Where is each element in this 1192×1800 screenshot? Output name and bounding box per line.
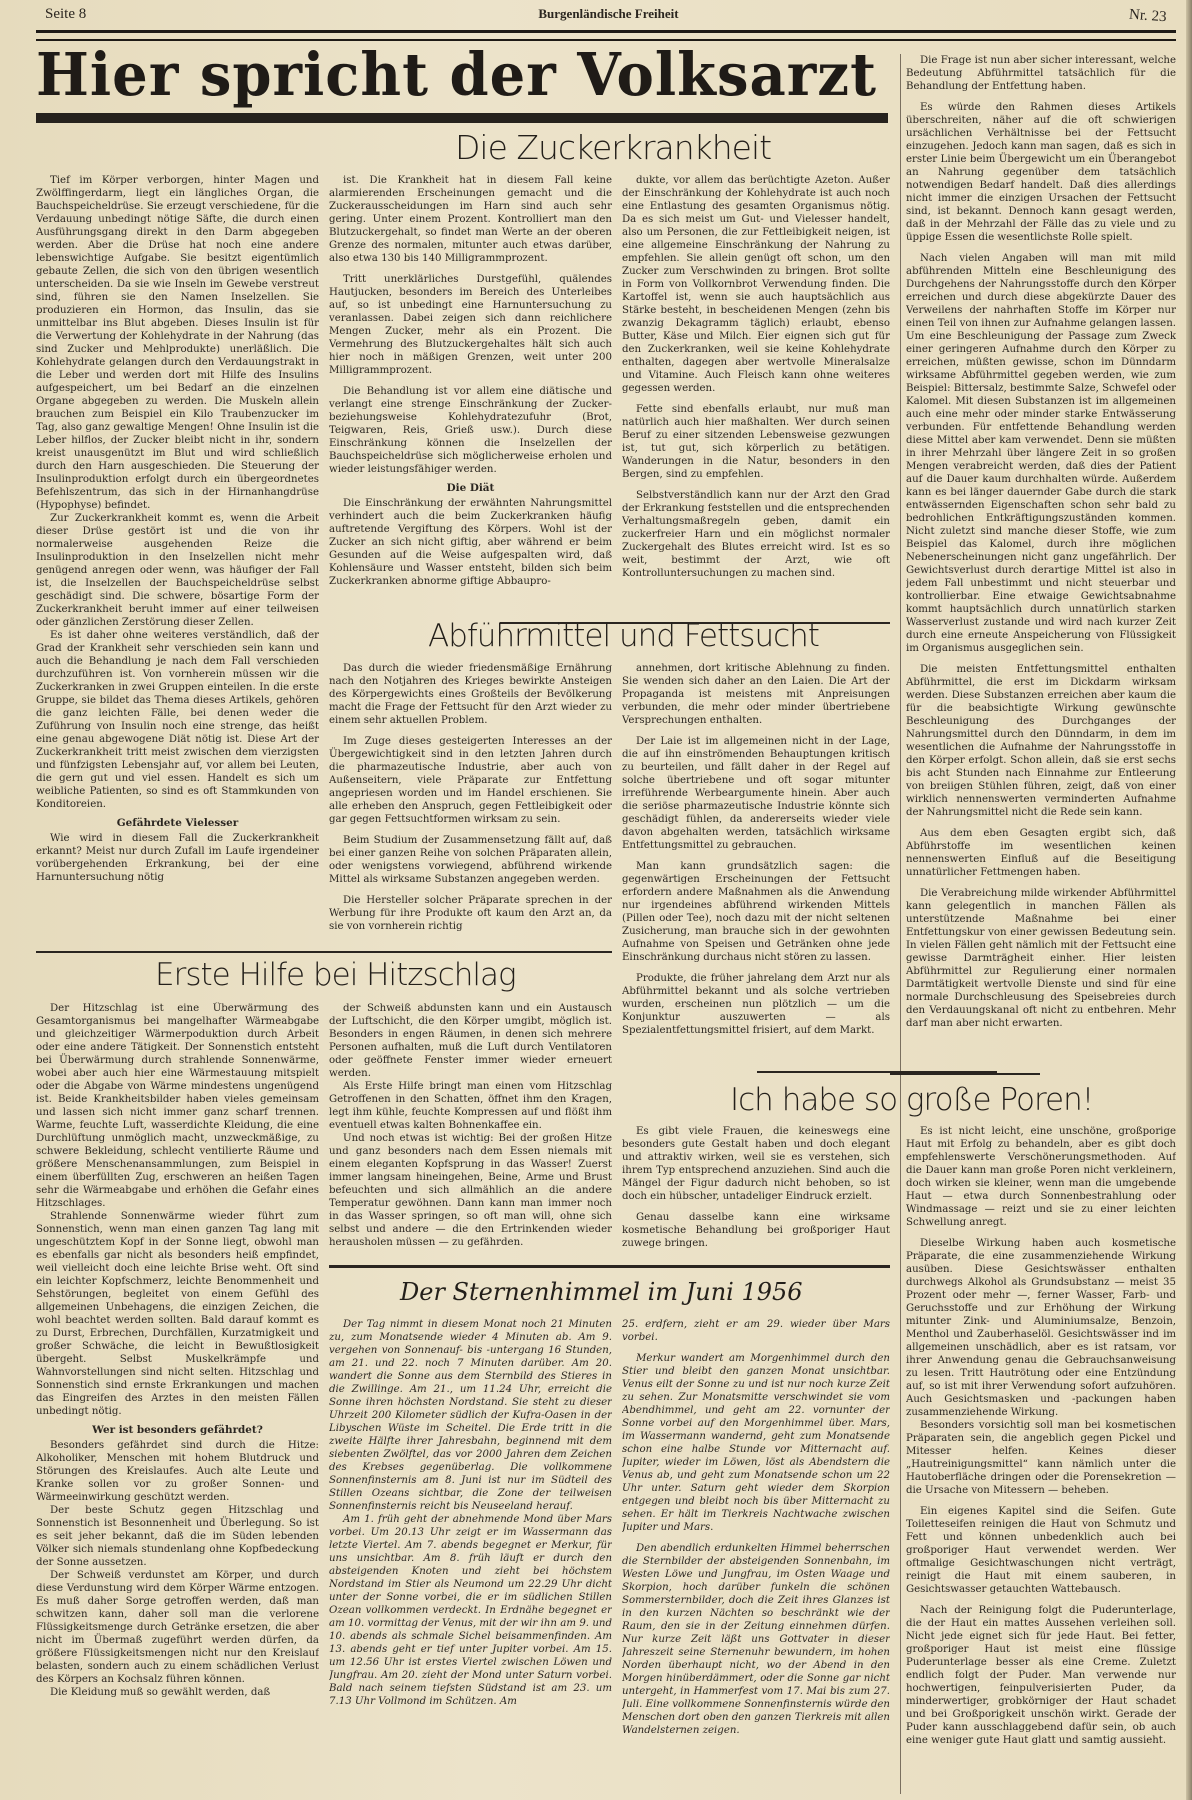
paragraph: Wie wird in diesem Fall die Zuckerkrankh…: [36, 832, 319, 884]
paragraph: Das durch die wieder friedensmäßige Ernä…: [329, 662, 612, 727]
paragraph: Am 1. früh geht der abnehmende Mond über…: [329, 1513, 612, 1708]
paragraph: Tritt unerklärliches Durstgefühl, quälen…: [329, 273, 612, 377]
article-abfuehr-col3: Die Frage ist nun aber sicher interessan…: [906, 54, 1176, 1084]
paragraph: ist. Die Krankheit hat in diesem Fall ke…: [329, 174, 612, 265]
author-byline: Karl Schäffler: [622, 1737, 890, 1738]
article-title-poren: Ich habe so große Poren!: [730, 1082, 1093, 1118]
paragraph: dukte, vor allem das berüchtigte Azeton.…: [622, 174, 890, 395]
article-hitze-col1: Der Hitzschlag ist eine Überwärmung des …: [36, 1002, 319, 1792]
paragraph: Fette sind ebenfalls erlaubt, nur muß ma…: [622, 403, 890, 481]
paragraph: Es würde den Rahmen dieses Artikels über…: [906, 101, 1176, 244]
article-sterne-col1: Der Tag nimmt in diesem Monat noch 21 Mi…: [329, 1318, 612, 1738]
newspaper-page: Seite 8 Burgenländische Freiheit Nr. 23 …: [0, 0, 1192, 1800]
subheading-diaet: Die Diät: [329, 482, 612, 495]
paragraph: Die Hersteller solcher Präparate spreche…: [329, 894, 612, 933]
paragraph: Produkte, die früher jahrelang dem Arzt …: [622, 972, 890, 1037]
paragraph: Der Schweiß verdunstet am Körper, und du…: [36, 1569, 319, 1686]
article-title-hitzschlag: Erste Hilfe bei Hitzschlag: [155, 957, 516, 993]
paragraph: Ein eigenes Kapitel sind die Seifen. Gut…: [906, 1505, 1176, 1596]
paragraph: Aus dem eben Gesagten ergibt sich, daß A…: [906, 827, 1176, 879]
paragraph: Der Tag nimmt in diesem Monat noch 21 Mi…: [329, 1318, 612, 1513]
article-title-abfuehrmittel: Abführmittel und Fettsucht: [428, 618, 819, 654]
page-edge-shadow: [1186, 0, 1192, 1800]
paragraph: Den abendlich erdunkelten Himmel beherrs…: [622, 1542, 890, 1737]
article-zucker-col1: Tief im Körper verborgen, hinter Magen u…: [36, 174, 319, 1054]
paragraph: Der beste Schutz gegen Hitzschlag und So…: [36, 1504, 319, 1569]
masthead: Seite 8 Burgenländische Freiheit Nr. 23: [45, 6, 1172, 28]
paragraph: Zur Zuckerkrankheit kommt es, wenn die A…: [36, 512, 319, 629]
column-divider: [900, 54, 901, 1794]
title-underline-bar: [36, 113, 888, 123]
paragraph: Merkur wandert am Morgenhimmel durch den…: [622, 1352, 890, 1534]
paragraph: Die Einschränkung der erwähnten Nahrungs…: [329, 497, 612, 588]
article-zucker-col2: ist. Die Krankheit hat in diesem Fall ke…: [329, 174, 612, 614]
paragraph: Genau dasselbe kann eine wirksame kosmet…: [622, 1211, 890, 1250]
paragraph: Es ist daher ohne weiteres verständlich,…: [36, 629, 319, 811]
paragraph: Es gibt viele Frauen, die keineswegs ein…: [622, 1125, 890, 1203]
article-hitze-col2: der Schweiß abdunsten kann und ein Austa…: [329, 1002, 612, 1252]
subheading-gefaehrdet: Wer ist besonders gefährdet?: [36, 1424, 319, 1437]
paragraph: der Schweiß abdunsten kann und ein Austa…: [329, 1002, 612, 1080]
paragraph: Die Frage ist nun aber sicher interessan…: [906, 54, 1176, 93]
newspaper-name: Burgenländische Freiheit: [45, 6, 1172, 22]
article-poren-col2: Es ist nicht leicht, eine unschöne, groß…: [906, 1125, 1176, 1795]
paragraph: Der Laie ist im allgemeinen nicht in der…: [622, 735, 890, 852]
paragraph: Besonders gefährdet sind durch die Hitze…: [36, 1439, 319, 1504]
paragraph: Selbstverständlich kann nur der Arzt den…: [622, 489, 890, 580]
section-divider: [36, 951, 612, 953]
section-divider: [890, 1073, 1040, 1075]
paragraph: Beim Studium der Zusammensetzung fällt a…: [329, 834, 612, 886]
article-poren-col1: Es gibt viele Frauen, die keineswegs ein…: [622, 1125, 890, 1255]
masthead-rule: [36, 30, 1176, 41]
paragraph: Der Hitzschlag ist eine Überwärmung des …: [36, 1002, 319, 1210]
paragraph: Dieselbe Wirkung haben auch kosmetische …: [906, 1237, 1176, 1419]
paragraph: Und noch etwas ist wichtig: Bei der groß…: [329, 1132, 612, 1249]
paragraph: Strahlende Sonnenwärme wieder führt zum …: [36, 1210, 319, 1418]
paragraph: Im Zuge dieses gesteigerten Interesses a…: [329, 735, 612, 826]
article-abfuehr-col2: annehmen, dort kritische Ablehnung zu fi…: [622, 662, 890, 1082]
issue-number: Nr. 23: [1128, 7, 1167, 27]
article-title-zuckerkrankheit: Die Zuckerkrankheit: [455, 128, 771, 167]
article-sterne-col2: 25. erdfern, zieht er am 29. wieder über…: [622, 1318, 890, 1738]
page-title: Hier spricht der Volksarzt: [36, 40, 886, 109]
paragraph: Nach vielen Angaben will man mit mild ab…: [906, 252, 1176, 655]
paragraph: Die Verabreichung milde wirkender Abführ…: [906, 887, 1176, 1030]
paragraph: Die Kleidung muß so gewählt werden, daß: [36, 1686, 319, 1699]
paragraph: Man kann grundsätzlich sagen: die gegenw…: [622, 860, 890, 964]
article-zucker-col3: dukte, vor allem das berüchtigte Azeton.…: [622, 174, 890, 614]
article-title-sternenhimmel: Der Sternenhimmel im Juni 1956: [400, 1278, 803, 1306]
paragraph: annehmen, dort kritische Ablehnung zu fi…: [622, 662, 890, 727]
paragraph: Tief im Körper verborgen, hinter Magen u…: [36, 174, 319, 512]
subheading-vielesser: Gefährdete Vielesser: [36, 817, 319, 830]
paragraph: Als Erste Hilfe bringt man einen vom Hit…: [329, 1080, 612, 1132]
paragraph: Es ist nicht leicht, eine unschöne, groß…: [906, 1125, 1176, 1229]
section-divider: [329, 1265, 890, 1268]
section-divider: [757, 1071, 997, 1073]
paragraph: Die meisten Entfettungsmittel enthalten …: [906, 663, 1176, 819]
paragraph: 25. erdfern, zieht er am 29. wieder über…: [622, 1318, 890, 1344]
paragraph: Die Behandlung ist vor allem eine diätis…: [329, 385, 612, 476]
paragraph: Besonders vorsichtig soll man bei kosmet…: [906, 1419, 1176, 1497]
paragraph: Nach der Reinigung folgt die Puderunterl…: [906, 1604, 1176, 1747]
